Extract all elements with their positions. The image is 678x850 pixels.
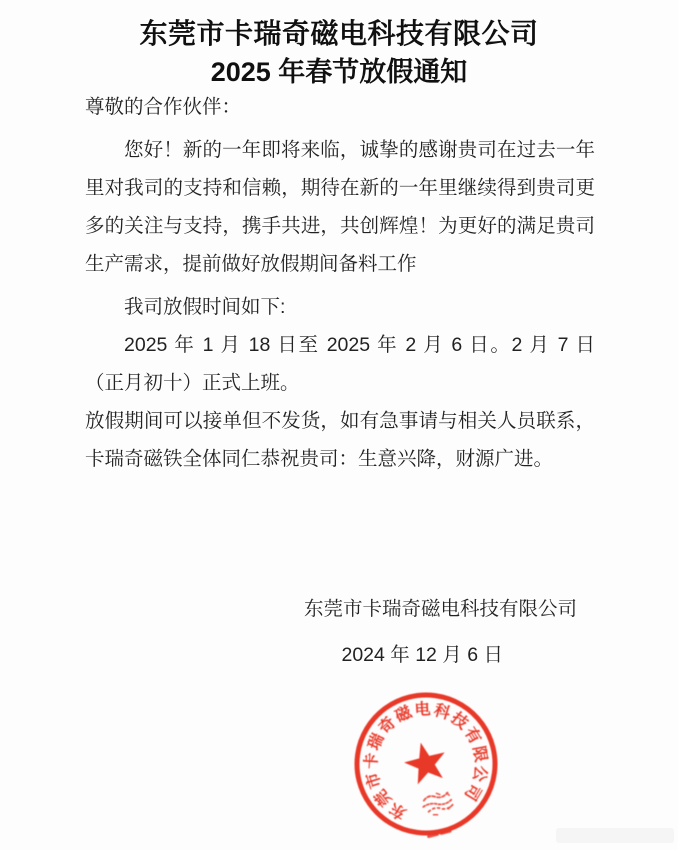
signature-company: 东莞市卡瑞奇磁电科技有限公司 — [0, 594, 678, 624]
page-title-notice: 2025 年春节放假通知 — [0, 55, 678, 89]
seal-star-icon — [400, 738, 450, 787]
faint-watermark — [556, 828, 674, 843]
svg-text:磁: 磁 — [392, 702, 415, 726]
svg-text:卡: 卡 — [362, 752, 381, 769]
svg-text:市: 市 — [362, 770, 385, 791]
paragraph-holiday-intro: 我司放假时间如下: — [85, 288, 595, 326]
page-title-company: 东莞市卡瑞奇磁电科技有限公司 — [0, 17, 678, 51]
company-seal: 东莞市卡瑞奇磁电科技有限公司 — [351, 689, 501, 839]
body-text: 尊敬的合作伙伴： 您好！新的一年即将来临，诚挚的感谢贵司在过去一年里对我司的支持… — [85, 88, 595, 478]
signature-date: 2024 年 12 月 6 日 — [0, 640, 678, 670]
paragraph-holiday-dates: 2025 年 1 月 18 日至 2025 年 2 月 6 日。2 月 7 日（… — [85, 326, 595, 402]
salutation: 尊敬的合作伙伴： — [85, 88, 595, 126]
svg-text:电: 电 — [414, 699, 431, 719]
svg-text:限: 限 — [469, 744, 491, 763]
document-page: 东莞市卡瑞奇磁电科技有限公司 2025 年春节放假通知 尊敬的合作伙伴： 您好！… — [0, 0, 678, 850]
paragraph-notes: 放假期间可以接单但不发货，如有急事请与相关人员联系，卡瑞奇磁铁全体同仁恭祝贵司：… — [85, 402, 595, 478]
svg-text:公: 公 — [469, 764, 490, 784]
paragraph-greeting: 您好！新的一年即将来临，诚挚的感谢贵司在过去一年里对我司的支持和信赖，期待在新的… — [85, 131, 595, 283]
